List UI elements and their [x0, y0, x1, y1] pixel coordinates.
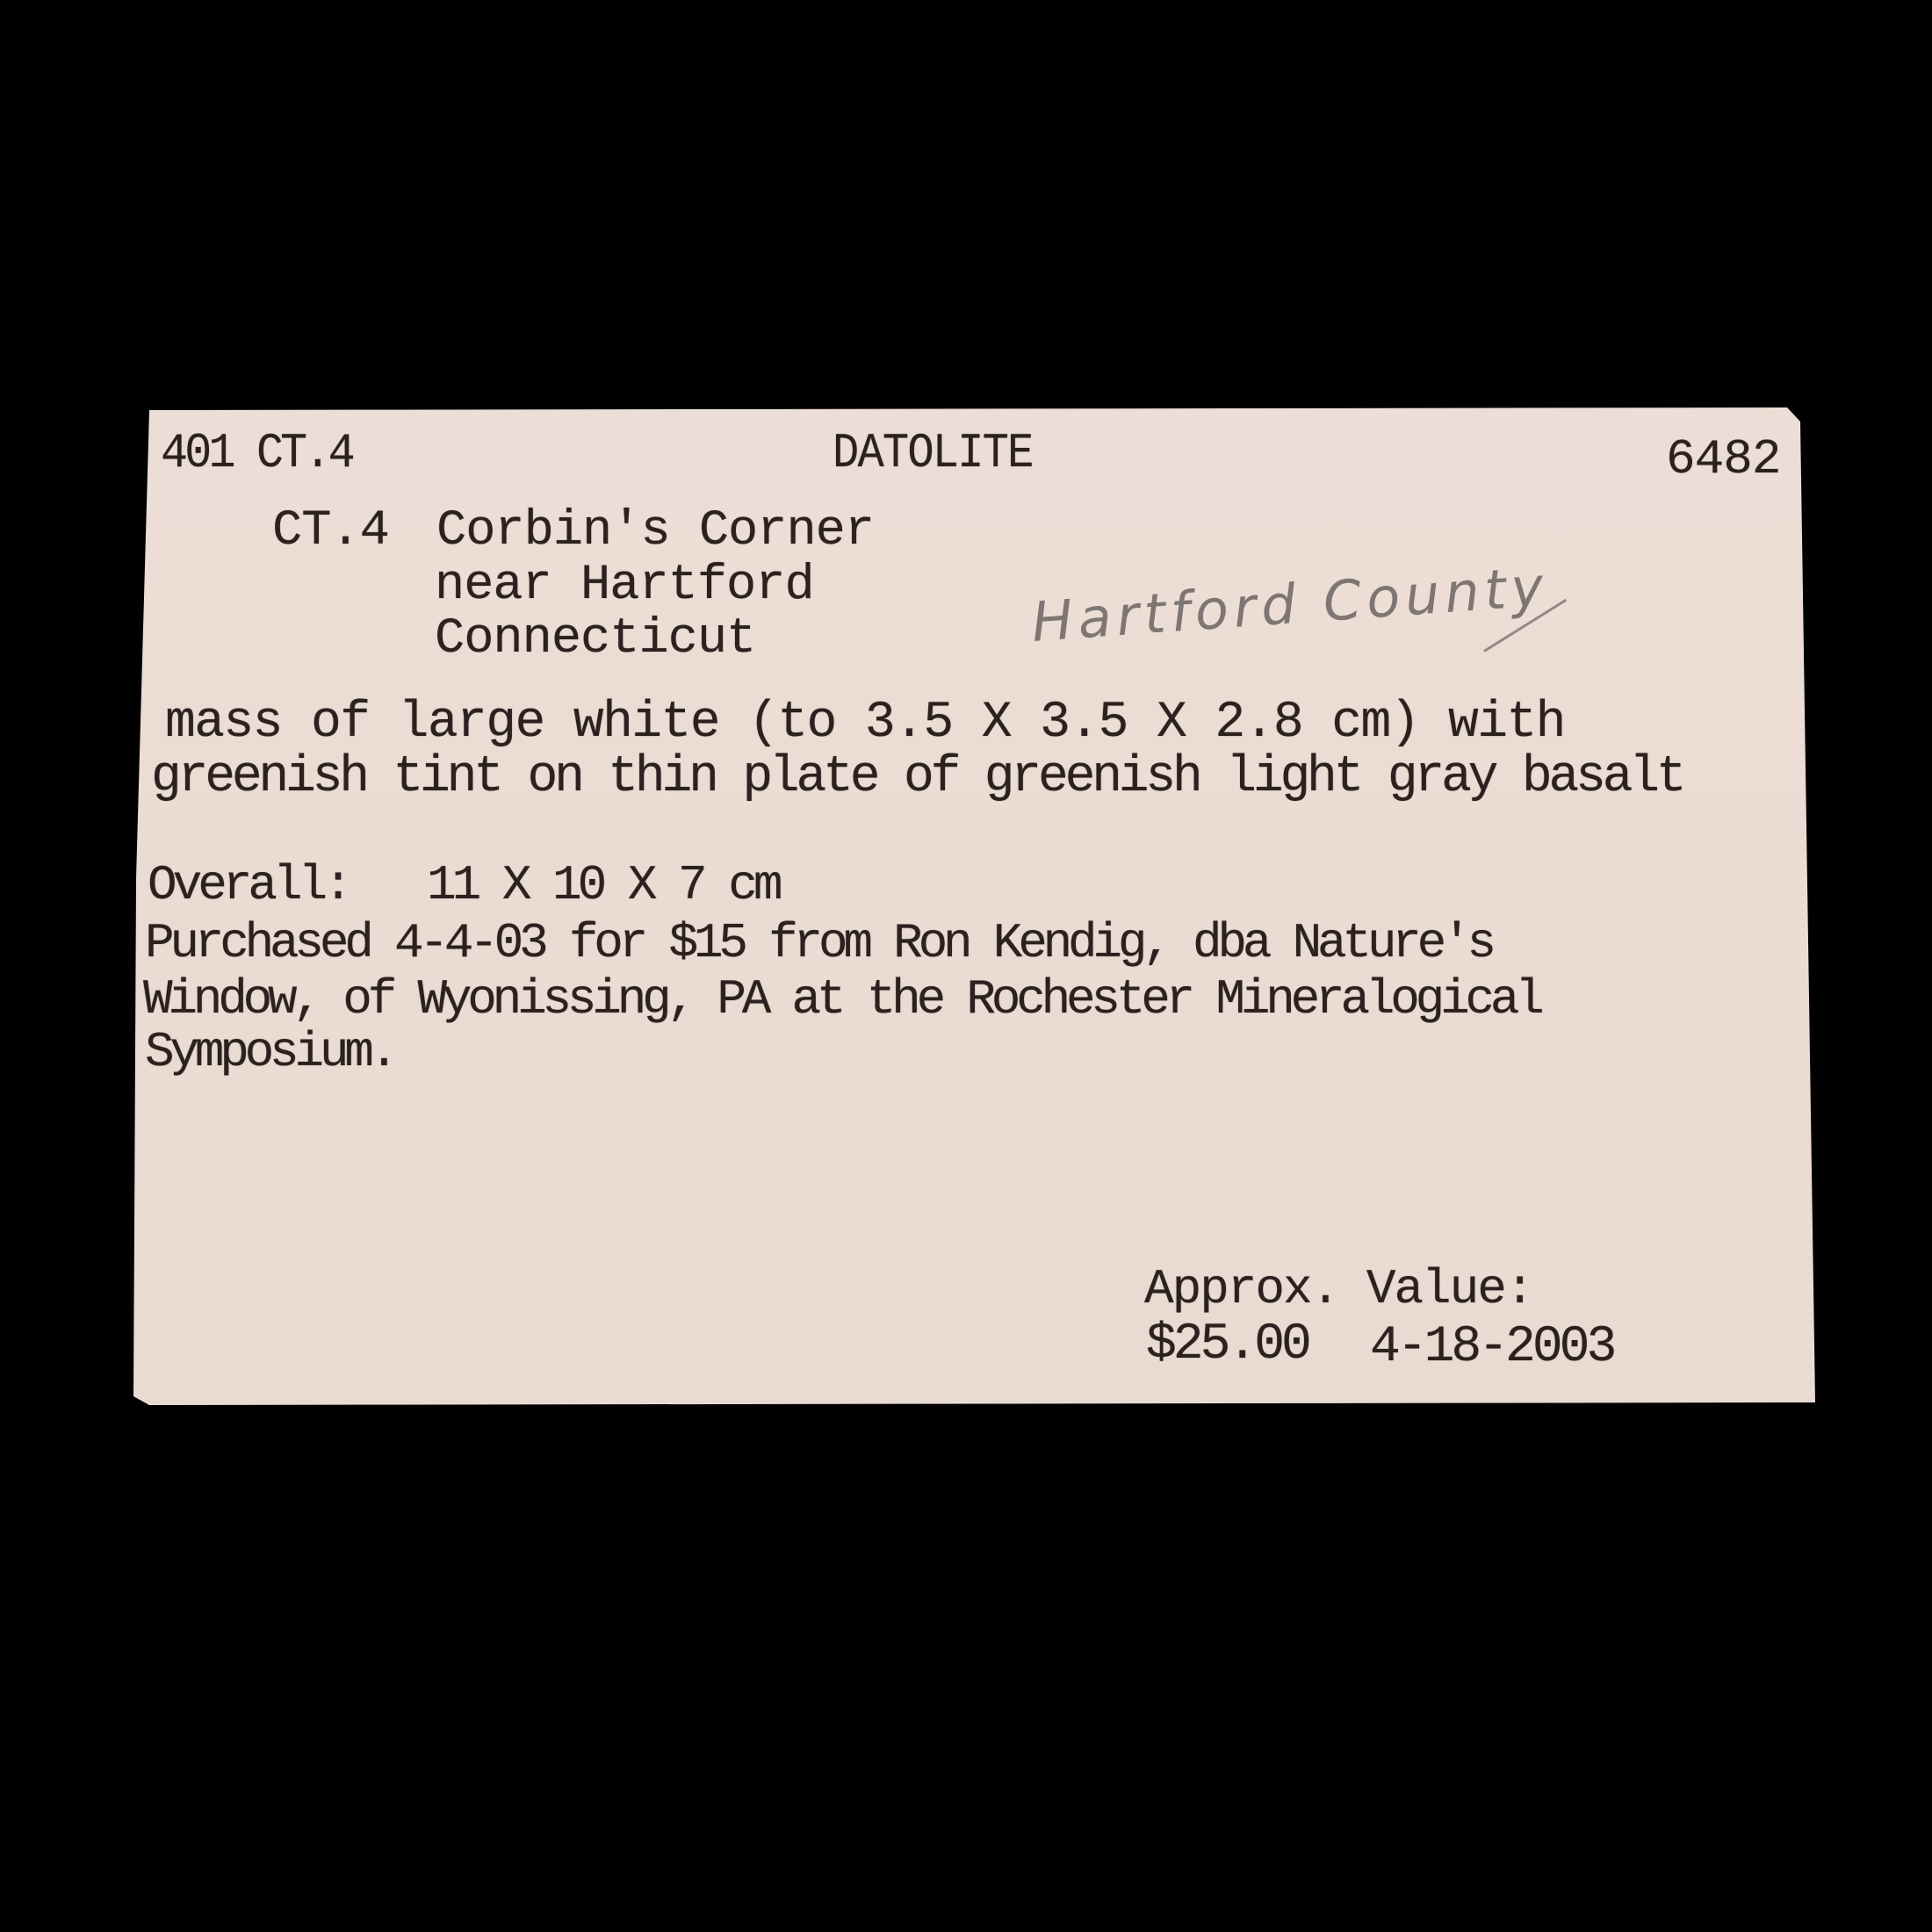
- locality-line-2: near Hartford: [435, 561, 814, 611]
- valuation-date: 4-18-2003: [1370, 1323, 1613, 1373]
- mineral-name: DATOLITE: [833, 429, 1033, 478]
- locality-line-3: Connecticut: [435, 615, 755, 665]
- approx-value-label: Approx. Value:: [1144, 1265, 1532, 1314]
- locality-code: CT.4: [272, 507, 389, 557]
- description-line-2: greenish tint on thin plate of greenish …: [151, 753, 1683, 804]
- overall-dimensions: 11 X 10 X 7 cm: [427, 861, 778, 910]
- purchase-line-3: Symposium.: [145, 1027, 394, 1077]
- catalog-reference: 401 CT.4: [161, 429, 352, 478]
- purchase-line-1: Purchased 4-4-03 for $15 from Ron Kendig…: [145, 919, 1492, 968]
- purchase-line-2: Window, of Wyonissing, PA at the Rochest…: [143, 975, 1540, 1024]
- overall-label: Overall:: [148, 861, 349, 910]
- description-line-1: mass of large white (to 3.5 X 3.5 X 2.8 …: [165, 698, 1565, 749]
- specimen-number: 6482: [1666, 435, 1780, 484]
- approx-value-amount: $25.00: [1146, 1320, 1308, 1371]
- locality-line-1: Corbin's Corner: [436, 507, 874, 557]
